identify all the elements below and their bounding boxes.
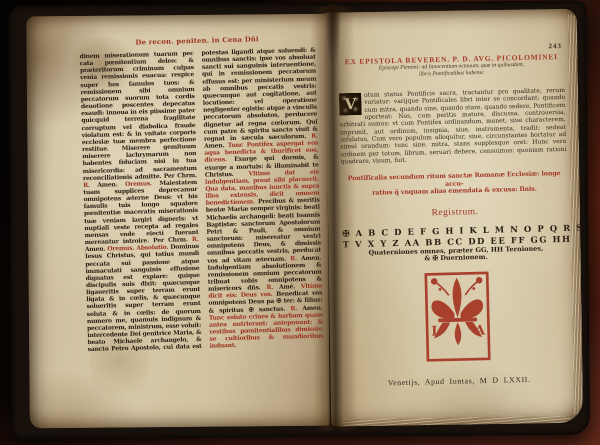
registrum-heading: Registrum. [342, 205, 568, 221]
left-page-text-block: De recon. peniten. in Cena Dñi dinem mis… [79, 34, 325, 391]
paragraph-text: otum status Pontificis sacra, tractantur… [340, 87, 567, 165]
running-head: De recon. peniten. in Cena Dñi [79, 34, 315, 49]
left-page: De recon. peniten. in Cena Dñi dinem mis… [26, 14, 330, 429]
epistle-paragraph: Votum status Pontificis sacra, tractantu… [339, 87, 567, 165]
giunta-fleur-de-lis-device: L A [423, 271, 491, 363]
imprint-line: Venetijs, Apud Iuntas, M D LXXII. [346, 374, 572, 389]
gutter-stain [322, 5, 345, 115]
photo-background: De recon. peniten. in Cena Dñi dinem mis… [0, 0, 600, 445]
left-page-column-1: dinem miserationum tuarum pec cata pœnit… [79, 50, 201, 353]
open-book: De recon. peniten. in Cena Dñi dinem mis… [14, 3, 586, 436]
fleur-de-lis-icon: L A [423, 271, 491, 363]
right-page-text-block: 243 EX EPISTOLA REVEREN. P. D. AVG. PICO… [337, 16, 572, 388]
device-letter-left: L [431, 324, 441, 339]
folio-number: 243 [548, 42, 562, 50]
left-page-columns: dinem miserationum tuarum pec cata pœnit… [79, 47, 324, 391]
device-letter-right: A [474, 323, 486, 338]
right-page: 243 EX EPISTOLA REVEREN. P. D. AVG. PICO… [325, 9, 583, 427]
